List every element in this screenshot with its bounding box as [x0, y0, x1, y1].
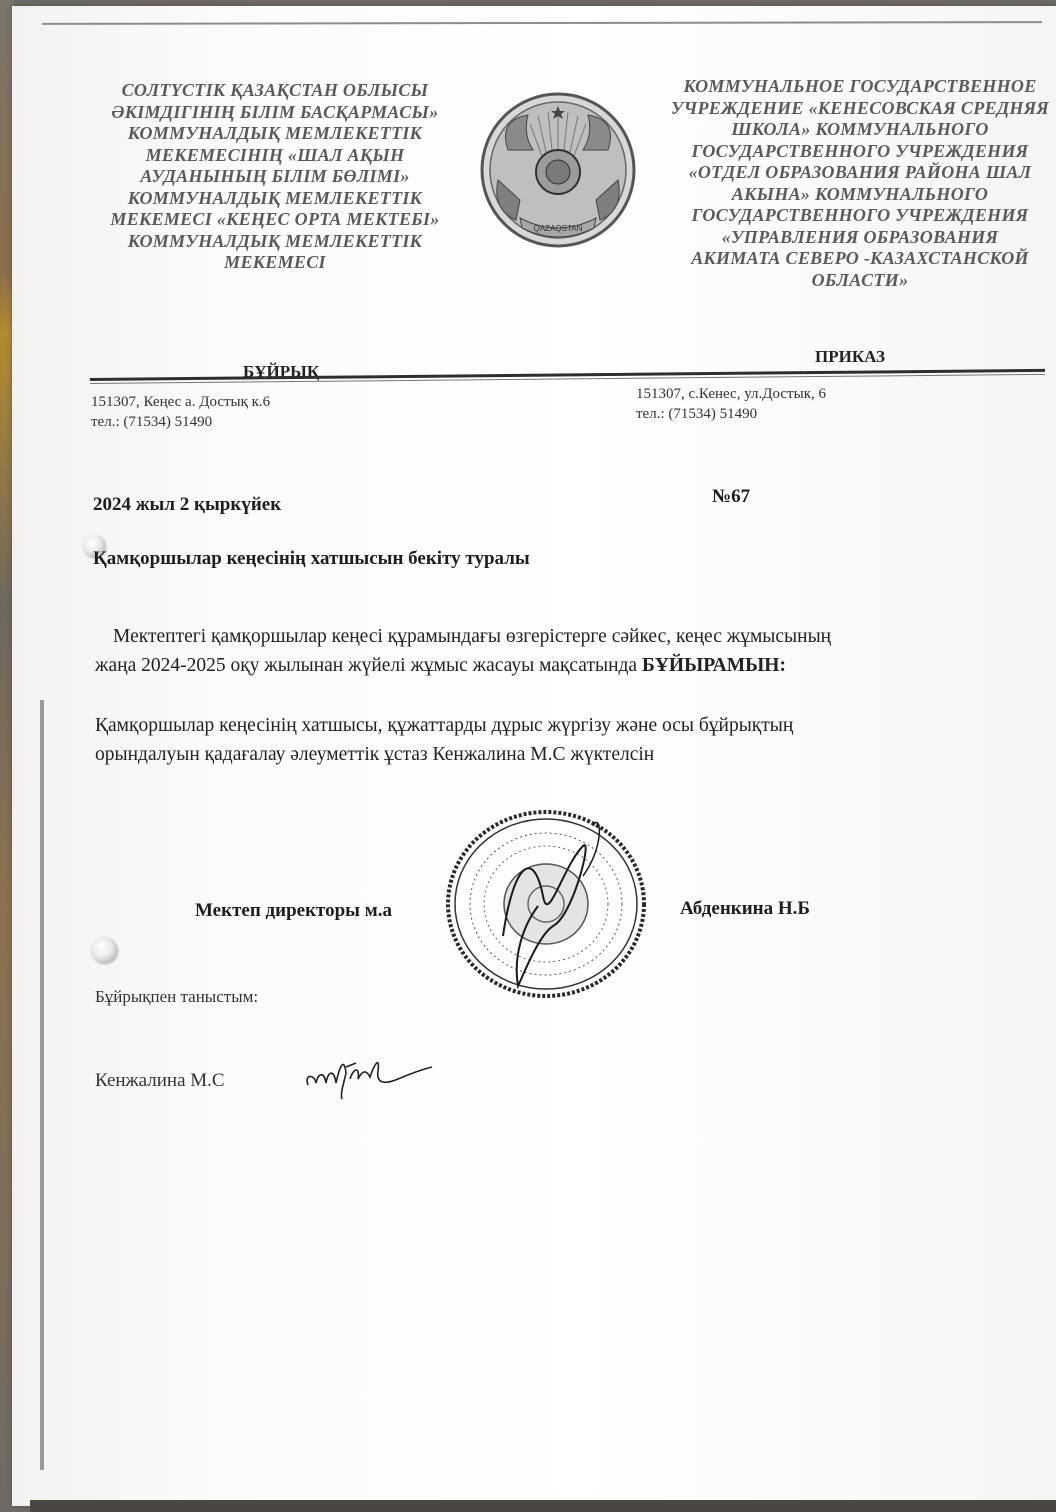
header-kz-line: МЕКЕМЕСІНІҢ «ШАЛ АҚЫН	[95, 145, 455, 167]
acknowledgement-name: Кенжалина М.С	[95, 1070, 225, 1092]
preamble-line-2: жаңа 2024-2025 оқу жылынан жүйелі жұмыс …	[95, 651, 1025, 680]
order-title: Қамқоршылар кеңесінің хатшысын бекіту ту…	[93, 548, 530, 570]
address-kz-phone: тел.: (71534) 51490	[91, 412, 270, 432]
header-kz-line: ӘКІМДІГІНІҢ БІЛІМ БАСҚАРМАСЫ»	[95, 102, 455, 124]
pushpin-icon	[91, 937, 117, 963]
kazakhstan-emblem-icon: QAZAQSTAN	[478, 90, 638, 250]
header-ru-line: КОММУНАЛЬНОЕ ГОСУДАРСТВЕННОЕ	[640, 76, 1056, 98]
header-ru-line: «ОТДЕЛ ОБРАЗОВАНИЯ РАЙОНА ШАЛ	[640, 162, 1056, 184]
paragraph-directive: Қамқоршылар кеңесінің хатшысы, құжаттард…	[95, 711, 1025, 769]
order-date: 2024 жыл 2 қыркүйек	[93, 494, 281, 516]
acknowledgement-label: Бұйрықпен таныстым:	[95, 987, 258, 1007]
header-ru-line: УЧРЕЖДЕНИЕ «КЕНЕСОВСКАЯ СРЕДНЯЯ	[640, 98, 1056, 120]
signatory-name: Абденкина Н.Б	[680, 898, 810, 920]
order-directive: БҰЙЫРАМЫН:	[642, 655, 786, 676]
address-russian: 151307, с.Кенес, ул.Достык, 6 тел.: (715…	[636, 384, 826, 424]
address-kz-street: 151307, Кеңес а. Достық к.6	[91, 392, 270, 412]
address-ru-street: 151307, с.Кенес, ул.Достык, 6	[636, 384, 826, 404]
header-kz-line: КОММУНАЛДЫҚ МЕМЛЕКЕТТІК	[95, 188, 455, 210]
header-ru-line: АКИМАТА СЕВЕРО -КАЗАХСТАНСКОЙ	[640, 248, 1056, 270]
official-stamp-icon	[443, 806, 649, 1002]
header-kz-line: КОММУНАЛДЫҚ МЕМЛЕКЕТТІК	[95, 123, 455, 145]
background-table-bottom	[30, 1500, 1056, 1512]
header-kz-line: МЕКЕМЕСІ «КЕҢЕС ОРТА МЕКТЕБІ»	[95, 209, 455, 231]
preamble-line-1: Мектептегі қамқоршылар кеңесі құрамындағ…	[95, 622, 1025, 651]
header-ru-line: ГОСУДАРСТВЕННОГО УЧРЕЖДЕНИЯ	[640, 205, 1056, 227]
header-ru-line: ГОСУДАРСТВЕННОГО УЧРЕЖДЕНИЯ	[640, 141, 1056, 163]
preamble-line-2-text: жаңа 2024-2025 оқу жылынан жүйелі жұмыс …	[95, 655, 642, 676]
signatory-title: Мектеп директоры м.а	[195, 900, 392, 922]
header-ru-line: ОБЛАСТИ»	[640, 270, 1056, 292]
paragraph-preamble: Мектептегі қамқоршылар кеңесі құрамындағ…	[95, 622, 1025, 680]
address-ru-phone: тел.: (71534) 51490	[636, 404, 826, 424]
directive-line-1: Қамқоршылар кеңесінің хатшысы, құжаттард…	[95, 711, 1025, 740]
header-kz-line: СОЛТҮСТІК ҚАЗАҚСТАН ОБЛЫСЫ	[95, 80, 455, 102]
header-russian: КОММУНАЛЬНОЕ ГОСУДАРСТВЕННОЕ УЧРЕЖДЕНИЕ …	[640, 76, 1056, 291]
header-ru-line: АКЫНА» КОММУНАЛЬНОГО	[640, 184, 1056, 206]
address-kazakh: 151307, Кеңес а. Достық к.6 тел.: (71534…	[91, 392, 270, 432]
doc-type-russian: ПРИКАЗ	[815, 347, 885, 367]
handwritten-signature-icon	[300, 1045, 435, 1105]
svg-text:QAZAQSTAN: QAZAQSTAN	[534, 224, 583, 233]
header-kz-line: АУДАНЫНЫҢ БІЛІМ БӨЛІМІ»	[95, 166, 455, 188]
order-number: №67	[712, 486, 750, 508]
header-kz-line: КОММУНАЛДЫҚ МЕМЛЕКЕТТІК	[95, 231, 455, 253]
directive-line-2: орындалуын қадағалау әлеуметтік ұстаз Ке…	[95, 740, 1025, 769]
header-kazakh: СОЛТҮСТІК ҚАЗАҚСТАН ОБЛЫСЫ ӘКІМДІГІНІҢ Б…	[95, 80, 455, 274]
header-ru-line: ШКОЛА» КОММУНАЛЬНОГО	[640, 119, 1056, 141]
header-kz-line: МЕКЕМЕСІ	[95, 252, 455, 274]
binder-edge	[40, 700, 44, 1470]
header-ru-line: «УПРАВЛЕНИЯ ОБРАЗОВАНИЯ	[640, 227, 1056, 249]
